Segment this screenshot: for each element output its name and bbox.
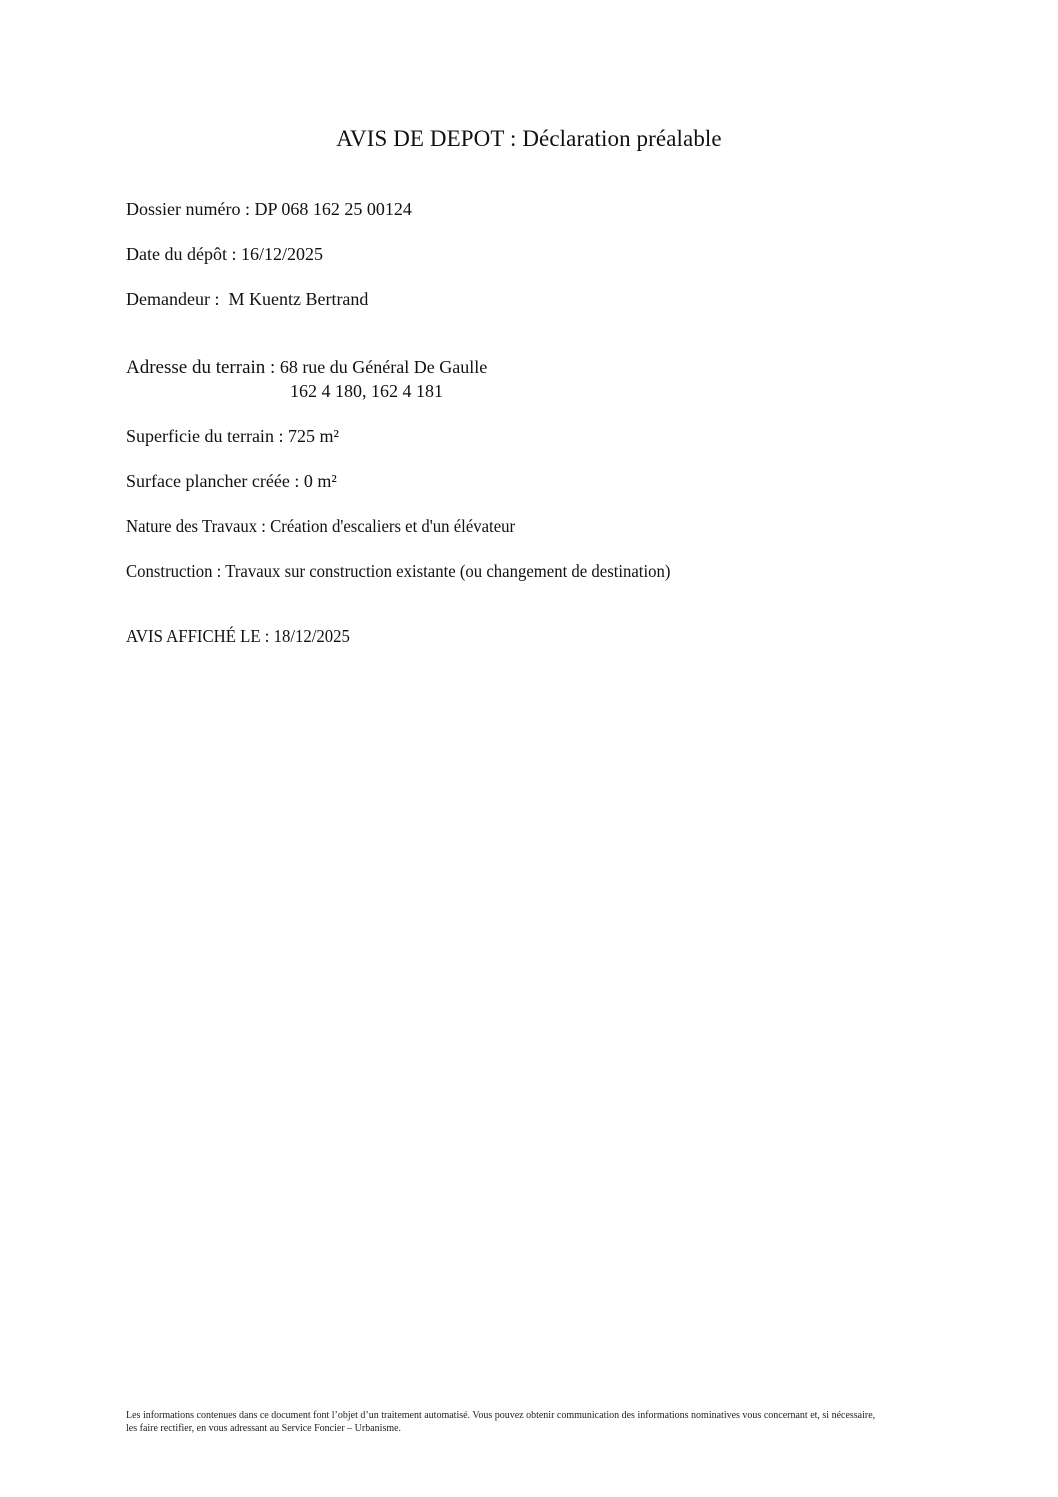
dossier-value: DP 068 162 25 00124 — [254, 199, 411, 219]
superficie-value: 725 m² — [288, 426, 339, 446]
nature-travaux-label: Nature des Travaux : — [126, 516, 266, 536]
footer-line-2: les faire rectifier, en vous adressant a… — [126, 1422, 936, 1435]
construction-line: Construction : Travaux sur construction … — [126, 561, 711, 582]
nature-travaux-line: Nature des Travaux : Création d'escalier… — [126, 516, 544, 537]
parcelles-value: 162 4 180, 162 4 181 — [290, 381, 443, 402]
date-depot-label: Date du dépôt : — [126, 244, 236, 264]
construction-label: Construction : — [126, 561, 221, 581]
footer-line-1: Les informations contenues dans ce docum… — [126, 1409, 936, 1422]
surface-plancher-label: Surface plancher créée : — [126, 471, 299, 491]
dossier-label: Dossier numéro : — [126, 199, 250, 219]
nature-travaux-value: Création d'escaliers et d'un élévateur — [270, 516, 515, 536]
avis-affiche-line: AVIS AFFICHÉ LE : 18/12/2025 — [126, 626, 367, 647]
demandeur-value: M Kuentz Bertrand — [228, 289, 368, 309]
surface-plancher-line: Surface plancher créée : 0 m² — [126, 471, 337, 492]
construction-value: Travaux sur construction existante (ou c… — [225, 561, 670, 581]
demandeur-line: Demandeur : M Kuentz Bertrand — [126, 289, 368, 310]
demandeur-label: Demandeur : — [126, 289, 219, 309]
avis-affiche-label: AVIS AFFICHÉ LE : — [126, 626, 269, 646]
document-title: AVIS DE DEPOT : Déclaration préalable — [0, 126, 1058, 152]
superficie-line: Superficie du terrain : 725 m² — [126, 426, 339, 447]
dossier-line: Dossier numéro : DP 068 162 25 00124 — [126, 199, 412, 220]
adresse-value: 68 rue du Général De Gaulle — [280, 357, 487, 377]
avis-affiche-value: 18/12/2025 — [274, 626, 350, 646]
date-depot-line: Date du dépôt : 16/12/2025 — [126, 244, 323, 265]
date-depot-value: 16/12/2025 — [241, 244, 323, 264]
surface-plancher-value: 0 m² — [304, 471, 337, 491]
adresse-line: Adresse du terrain : 68 rue du Général D… — [126, 357, 487, 379]
adresse-label: Adresse du terrain : — [126, 357, 275, 378]
superficie-label: Superficie du terrain : — [126, 426, 283, 446]
footer-notice: Les informations contenues dans ce docum… — [126, 1409, 936, 1435]
